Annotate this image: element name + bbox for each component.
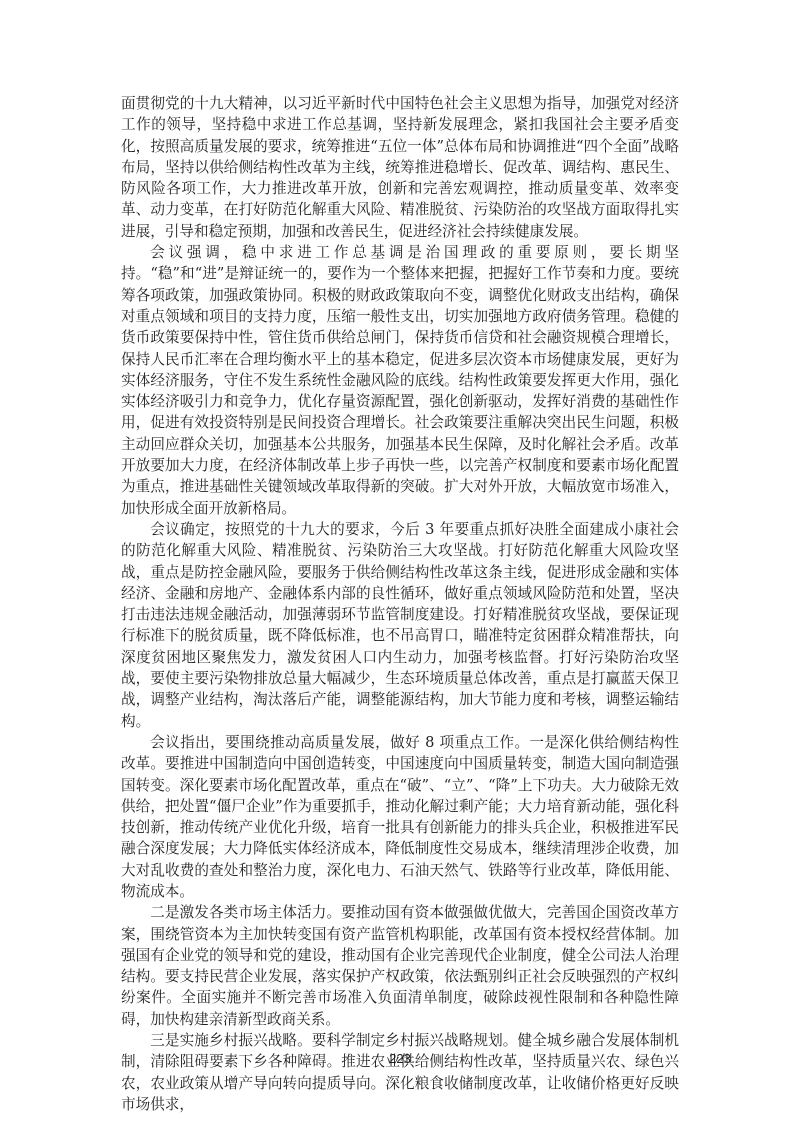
paragraph-rural-revitalization: 三是实施乡村振兴战略。要科学制定乡村振兴战略规划。健全城乡融合发展体制机制，清除…: [121, 1030, 679, 1115]
document-page: 面贯彻党的十九大精神，以习近平新时代中国特色社会主义思想为指导，加强党对经济工作…: [0, 0, 800, 1133]
paragraph-market-vitality: 二是激发各类市场主体活力。要推动国有资本做强做优做大，完善国企国资改革方案，围绕…: [121, 902, 679, 1030]
page-number: 223: [0, 1051, 800, 1066]
body-text: 面贯彻党的十九大精神，以习近平新时代中国特色社会主义思想为指导，加强党对经济工作…: [121, 93, 679, 1115]
paragraph-meeting-pointed-out: 会议指出，要围绕推动高质量发展，做好 8 项重点工作。一是深化供给侧结构性改革。…: [121, 732, 679, 902]
paragraph-meeting-determined: 会议确定，按照党的十九大的要求，今后 3 年要重点抓好决胜全面建成小康社会的防范…: [121, 519, 679, 732]
paragraph-meeting-emphasized: 会议强调，稳中求进工作总基调是治国理政的重要原则，要长期坚持。“稳”和“进”是辩…: [121, 242, 679, 519]
paragraph-intro-continued: 面贯彻党的十九大精神，以习近平新时代中国特色社会主义思想为指导，加强党对经济工作…: [121, 93, 679, 242]
